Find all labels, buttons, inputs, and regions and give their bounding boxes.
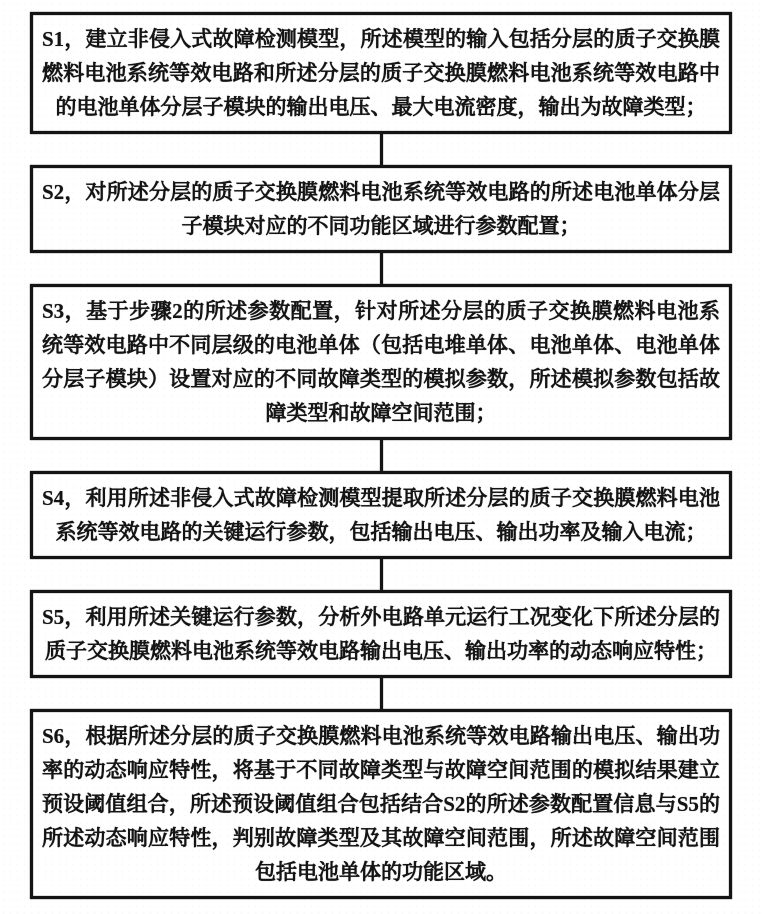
- step-s6-text-line: S6，根据所述分层的质子交换膜燃料电池系统等效电路输出电压、输出功: [42, 719, 720, 753]
- connector-line-s1-s2: [380, 134, 383, 165]
- step-s3-text-line: 障类型和故障空间范围；: [42, 396, 720, 430]
- step-s1-text-line: 的电池单体分层子模块的输出电压、最大电流密度，输出为故障类型；: [42, 90, 720, 124]
- flow-step-box-s3: S3，基于步骤2的所述参数配置，针对所述分层的质子交换膜燃料电池系 统等效电路中…: [30, 284, 732, 440]
- step-s6-text-line: 预设阈值组合，所述预设阈值组合包括结合S2的所述参数配置信息与S5的: [42, 787, 720, 821]
- step-s5-text-line: 质子交换膜燃料电池系统等效电路输出电压、输出功率的动态响应特性；: [42, 634, 720, 668]
- step-s5-text-line: S5，利用所述关键运行参数，分析外电路单元运行工况变化下所述分层的: [42, 600, 720, 634]
- flow-step-box-s1: S1，建立非侵入式故障检测模型，所述模型的输入包括分层的质子交换膜 燃料电池系统…: [30, 12, 732, 134]
- step-s4-text-line: S4，利用所述非侵入式故障检测模型提取所述分层的质子交换膜燃料电池: [42, 481, 720, 515]
- flow-step-box-s2: S2，对所述分层的质子交换膜燃料电池系统等效电路的所述电池单体分层 子模块对应的…: [30, 165, 732, 253]
- flow-step-box-s6: S6，根据所述分层的质子交换膜燃料电池系统等效电路输出电压、输出功 率的动态响应…: [30, 709, 732, 899]
- flow-step-box-s5: S5，利用所述关键运行参数，分析外电路单元运行工况变化下所述分层的 质子交换膜燃…: [30, 590, 732, 678]
- flowchart-column: S1，建立非侵入式故障检测模型，所述模型的输入包括分层的质子交换膜 燃料电池系统…: [30, 12, 732, 899]
- step-s6-text-line: 所述动态响应特性，判别故障类型及其故障空间范围，所述故障空间范围: [42, 821, 720, 855]
- step-s2-text-line: 子模块对应的不同功能区域进行参数配置；: [42, 209, 720, 243]
- connector-line-s2-s3: [380, 253, 383, 284]
- flow-step-box-s4: S4，利用所述非侵入式故障检测模型提取所述分层的质子交换膜燃料电池 系统等效电路…: [30, 471, 732, 559]
- step-s1-text-line: S1，建立非侵入式故障检测模型，所述模型的输入包括分层的质子交换膜: [42, 22, 720, 56]
- step-s2-text-line: S2，对所述分层的质子交换膜燃料电池系统等效电路的所述电池单体分层: [42, 175, 720, 209]
- step-s6-text-line: 率的动态响应特性，将基于不同故障类型与故障空间范围的模拟结果建立: [42, 753, 720, 787]
- connector-line-s5-s6: [380, 678, 383, 709]
- step-s4-text-line: 系统等效电路的关键运行参数，包括输出电压、输出功率及输入电流；: [42, 515, 720, 549]
- connector-line-s3-s4: [380, 440, 383, 471]
- step-s3-text-line: 分层子模块）设置对应的不同故障类型的模拟参数，所述模拟参数包括故: [42, 362, 720, 396]
- connector-line-s4-s5: [380, 559, 383, 590]
- patent-flowchart-figure: S1，建立非侵入式故障检测模型，所述模型的输入包括分层的质子交换膜 燃料电池系统…: [0, 0, 765, 914]
- step-s1-text-line: 燃料电池系统等效电路和所述分层的质子交换膜燃料电池系统等效电路中: [42, 56, 720, 90]
- step-s6-text-line: 包括电池单体的功能区域。: [42, 855, 720, 889]
- step-s3-text-line: S3，基于步骤2的所述参数配置，针对所述分层的质子交换膜燃料电池系: [42, 294, 720, 328]
- step-s3-text-line: 统等效电路中不同层级的电池单体（包括电堆单体、电池单体、电池单体: [42, 328, 720, 362]
